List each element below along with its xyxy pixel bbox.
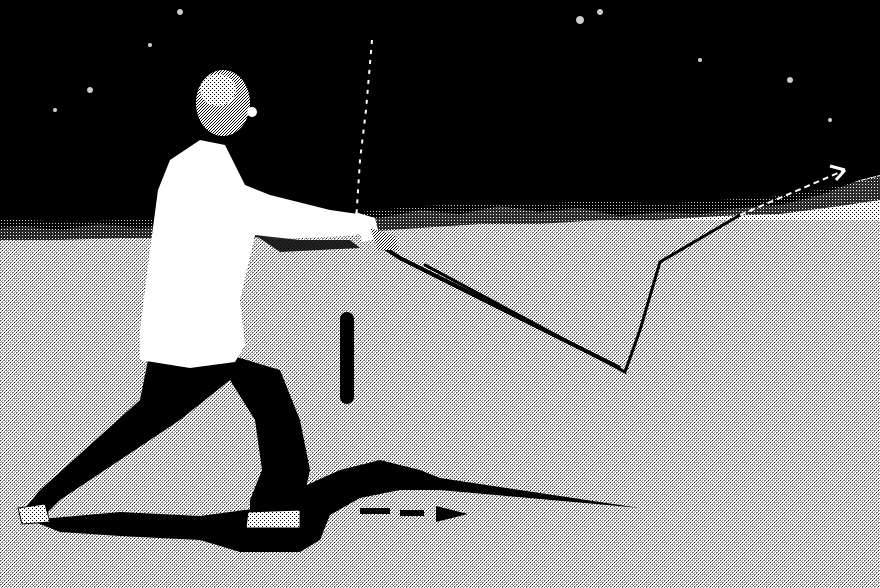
tai-chi-photo [0,0,880,588]
scabbard [340,312,354,404]
foliage-background [0,0,880,230]
